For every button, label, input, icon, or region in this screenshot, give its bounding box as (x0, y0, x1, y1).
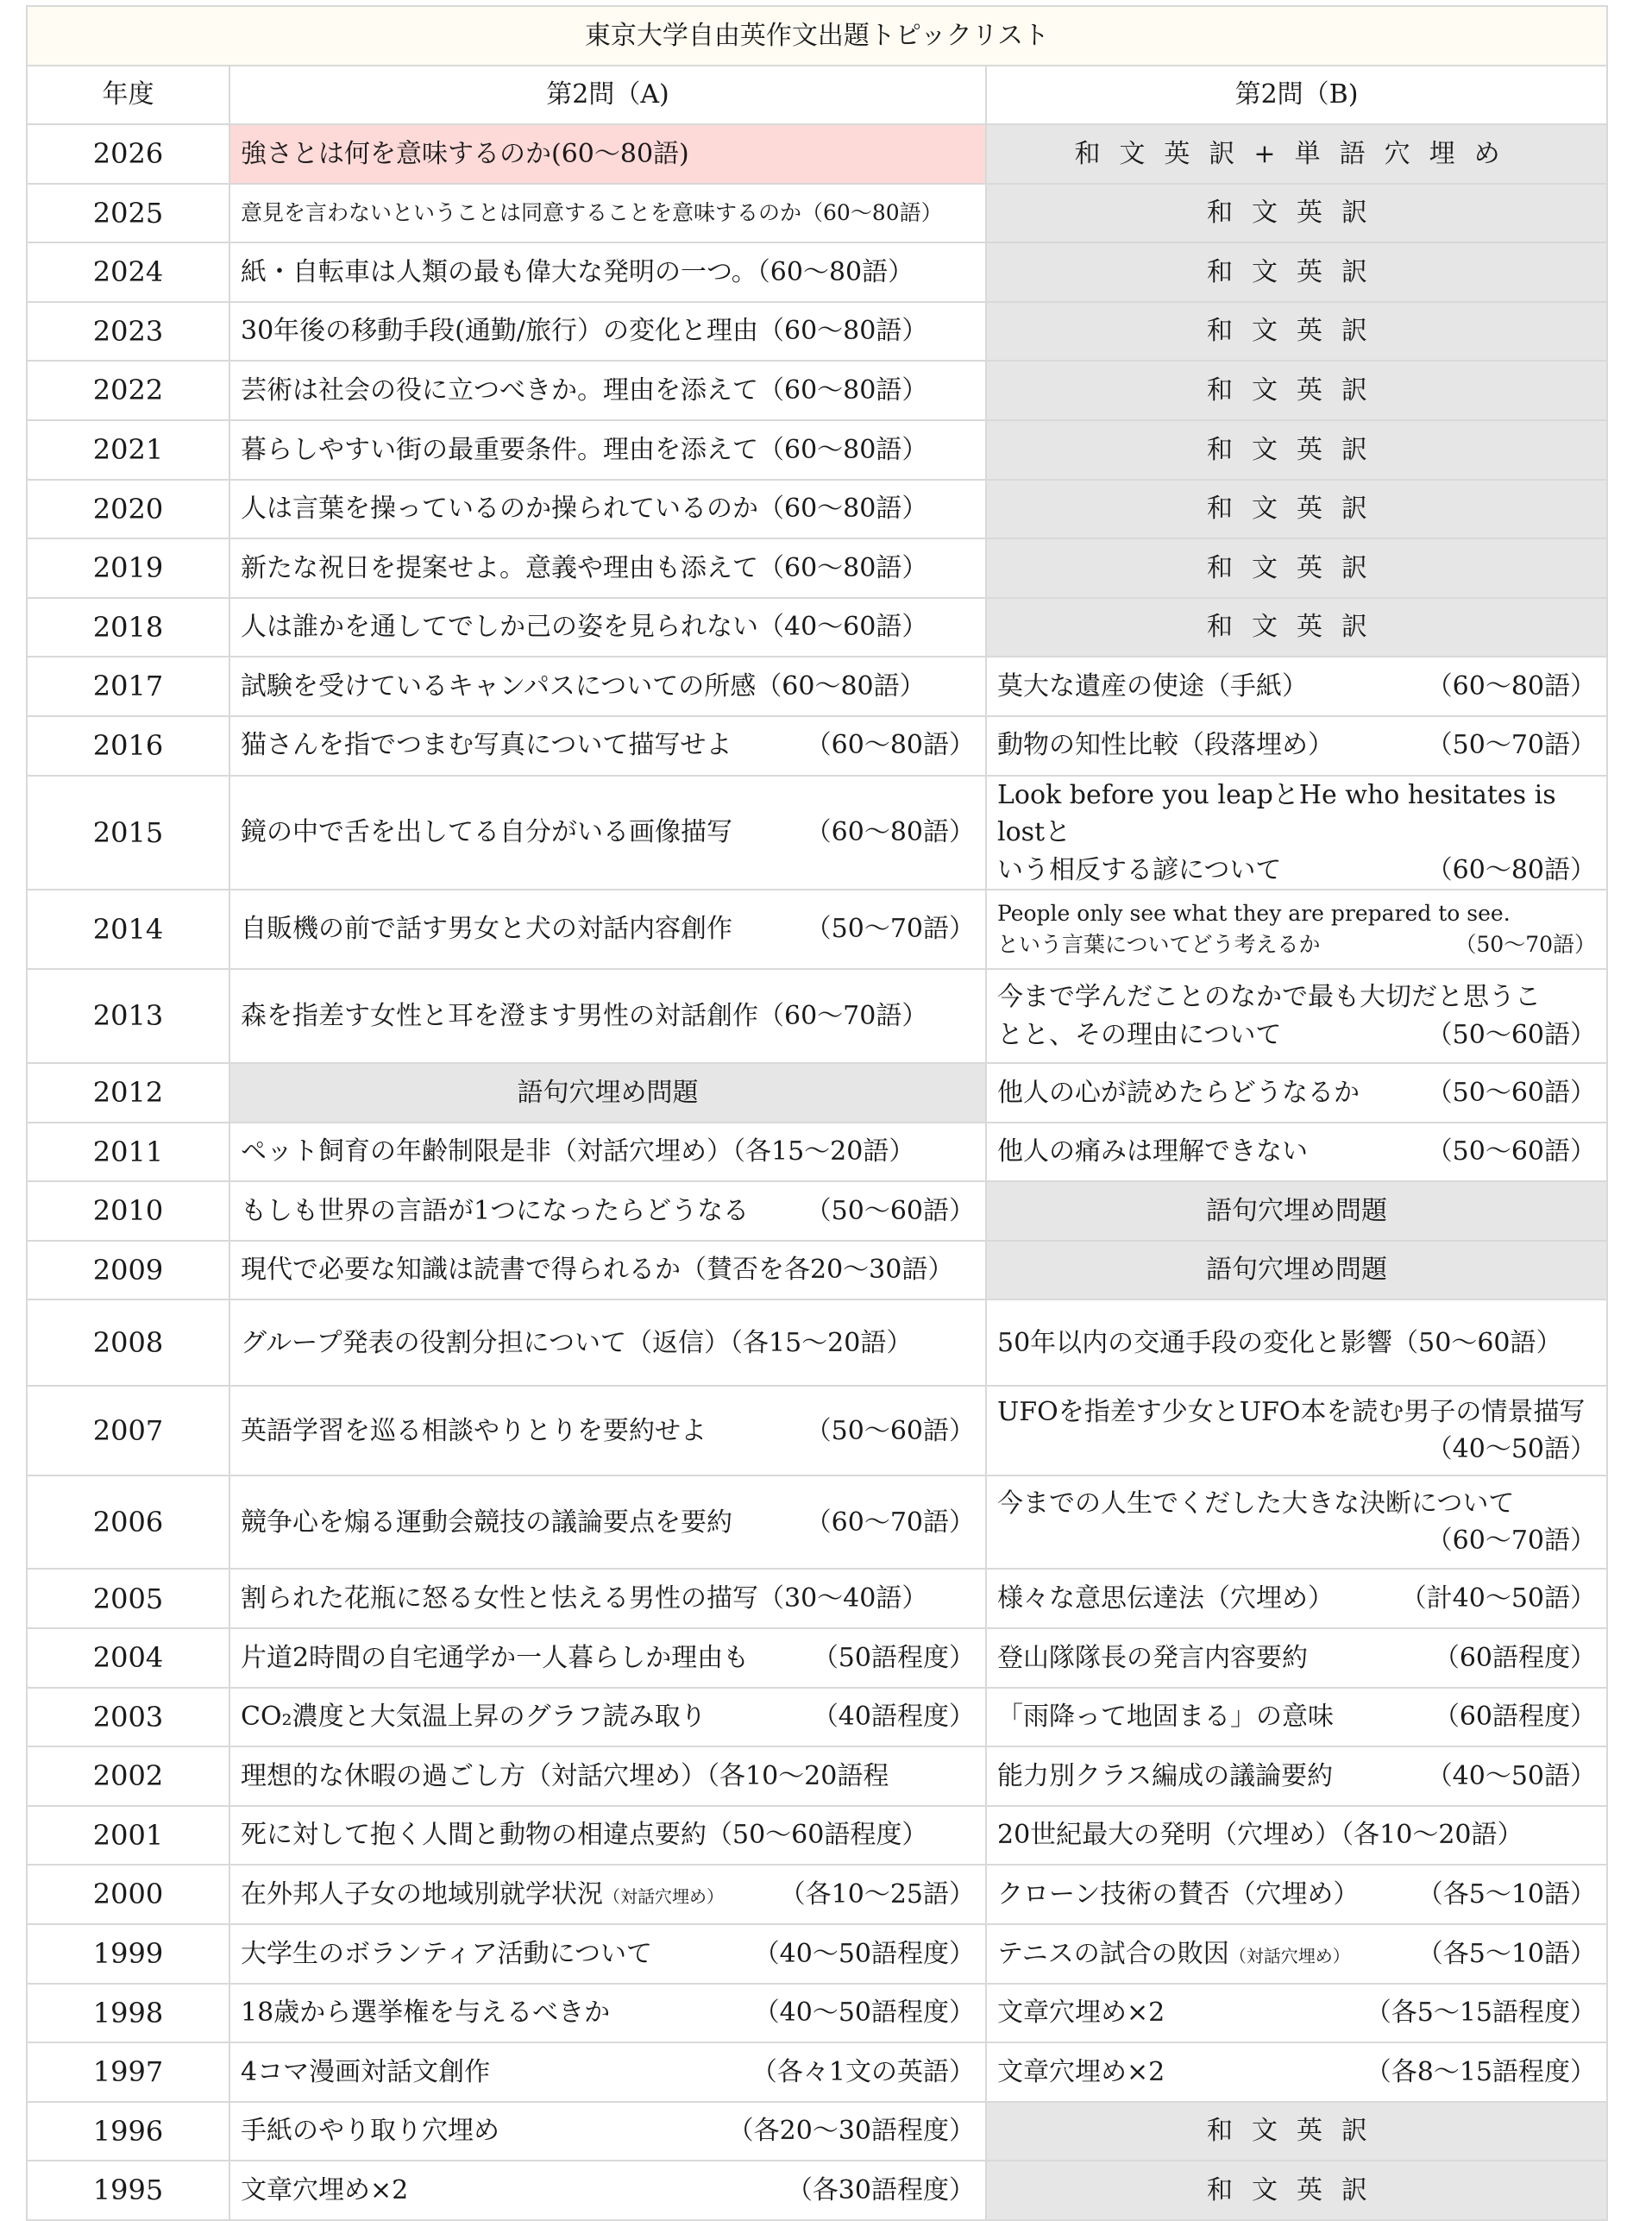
topic-b-cell: 今まで学んだことのなかで最も大切だと思うことと、その理由について（50〜60語） (986, 969, 1607, 1063)
topic-text: 紙・自転車は人類の最も偉大な発明の一つ。（60〜80語） (241, 257, 914, 287)
word-count: （各5〜15語程度） (1366, 1994, 1596, 2032)
topic-a-cell: 自販機の前で話す男女と犬の対話内容創作（50〜70語） (229, 890, 986, 969)
topic-text: 莫大な遺産の使途（手紙） (997, 671, 1308, 702)
topic-text: 今まで学んだことのなかで最も大切だと思うこ (997, 982, 1541, 1012)
year-cell: 2004 (27, 1628, 229, 1688)
word-count: （50〜70語） (1454, 929, 1596, 960)
topic-text: 和文英訳 (1207, 198, 1386, 228)
year-cell: 2014 (27, 890, 229, 969)
topic-b-cell: 能力別クラス編成の議論要約（40〜50語） (986, 1746, 1607, 1806)
topic-note: （対話穴埋め） (1229, 1946, 1350, 1966)
word-count: （50〜60語） (1427, 1133, 1596, 1171)
word-count: （50〜70語） (1427, 727, 1596, 764)
topic-text: 登山隊隊長の発言内容要約 (997, 1643, 1308, 1673)
table-row: 2008グループ発表の役割分担について（返信）（各15〜20語）50年以内の交通… (27, 1299, 1607, 1386)
topic-text: 芸術は社会の役に立つべきか。理由を添えて（60〜80語） (241, 375, 927, 406)
topic-text-line2: いう相反する諺について (997, 852, 1281, 890)
topic-text: 理想的な休暇の過ごし方（対話穴埋め）（各10〜20語程 (241, 1761, 889, 1791)
topic-a-cell: 鏡の中で舌を出してる自分がいる画像描写（60〜80語） (229, 776, 986, 890)
year-cell: 1999 (27, 1924, 229, 1984)
topic-text: 意見を言わないということは同意することを意味するのか（60〜80語） (241, 200, 943, 225)
year-cell: 2019 (27, 538, 229, 598)
word-count: （各10〜25語） (780, 1876, 975, 1914)
topic-text: 手紙のやり取り穴埋め (241, 2116, 499, 2146)
topic-text: 語句穴埋め問題 (1206, 1196, 1387, 1226)
topic-b-cell: 語句穴埋め問題 (986, 1181, 1607, 1241)
topic-a-cell: 芸術は社会の役に立つべきか。理由を添えて（60〜80語） (229, 361, 986, 420)
table-row: 2000在外邦人子女の地域別就学状況（対話穴埋め）（各10〜25語）クローン技術… (27, 1865, 1607, 1924)
topic-b-cell: 和文英訳 (986, 480, 1607, 539)
topic-a-cell: 死に対して抱く人間と動物の相違点要約（50〜60語程度） (229, 1806, 986, 1866)
topic-text: 森を指差す女性と耳を澄ます男性の対話創作（60〜70語） (241, 1001, 927, 1031)
topic-a-cell: 人は誰かを通してでしか己の姿を見られない（40〜60語） (229, 598, 986, 657)
topic-text: 18歳から選挙権を与えるべきか (241, 1998, 610, 2028)
table-row: 2002理想的な休暇の過ごし方（対話穴埋め）（各10〜20語程能力別クラス編成の… (27, 1746, 1607, 1806)
topic-a-cell: 割られた花瓶に怒る女性と怯える男性の描写（30〜40語） (229, 1569, 986, 1628)
topic-text: 強さとは何を意味するのか(60〜80語) (241, 139, 689, 169)
year-cell: 2011 (27, 1123, 229, 1182)
table-row: 2025意見を言わないということは同意することを意味するのか（60〜80語）和文… (27, 184, 1607, 243)
topic-a-cell: 4コマ漫画対話文創作（各々1文の英語） (229, 2042, 986, 2102)
topic-b-cell: 語句穴埋め問題 (986, 1241, 1607, 1300)
table-row: 2014自販機の前で話す男女と犬の対話内容創作（50〜70語）People on… (27, 890, 1607, 969)
topic-text: Look before you leapとHe who hesitates is… (997, 780, 1556, 848)
topic-text: 現代で必要な知識は読書で得られるか（賛否を各20〜30語） (241, 1255, 953, 1285)
topic-a-cell: 30年後の移動手段(通勤/旅行）の変化と理由（60〜80語） (229, 302, 986, 362)
year-cell: 2003 (27, 1688, 229, 1747)
topic-b-cell: 莫大な遺産の使途（手紙）（60〜80語） (986, 657, 1607, 716)
word-count: （40語程度） (813, 1698, 975, 1736)
topic-b-cell: 今までの人生でくだした大きな決断について（60〜70語） (986, 1475, 1607, 1569)
table-row: 2015鏡の中で舌を出してる自分がいる画像描写（60〜80語）Look befo… (27, 776, 1607, 890)
year-cell: 2002 (27, 1746, 229, 1806)
topic-a-cell: 新たな祝日を提案せよ。意義や理由も添えて（60〜80語） (229, 538, 986, 598)
topic-text: 大学生のボランティア活動について (241, 1939, 652, 1969)
word-count: （各8〜15語程度） (1366, 2054, 1596, 2092)
word-count: （50〜60語） (1427, 1074, 1596, 1112)
year-cell: 2026 (27, 124, 229, 184)
topic-a-cell: 片道2時間の自宅通学か一人暮らしか理由も（50語程度） (229, 1628, 986, 1688)
year-cell: 1995 (27, 2161, 229, 2220)
topic-text: 50年以内の交通手段の変化と影響（50〜60語） (997, 1328, 1562, 1358)
topic-b-cell: 和文英訳 (986, 538, 1607, 598)
year-cell: 2005 (27, 1569, 229, 1628)
year-cell: 2016 (27, 716, 229, 776)
topic-b-cell: 和文英訳 (986, 361, 1607, 420)
year-cell: 2024 (27, 242, 229, 302)
topic-text: 和文英訳 (1207, 316, 1386, 346)
topic-a-cell: 大学生のボランティア活動について（40〜50語程度） (229, 1924, 986, 1984)
table-row: 2013森を指差す女性と耳を澄ます男性の対話創作（60〜70語）今まで学んだこと… (27, 969, 1607, 1063)
topic-b-cell: 他人の心が読めたらどうなるか（50〜60語） (986, 1063, 1607, 1123)
topic-text: 和文英訳 (1207, 2116, 1386, 2146)
topic-a-cell: 競争心を煽る運動会競技の議論要点を要約（60〜70語） (229, 1475, 986, 1569)
word-count: （50〜70語） (806, 910, 975, 948)
year-cell: 1997 (27, 2042, 229, 2102)
word-count: （50〜60語） (806, 1192, 975, 1230)
word-count: （各20〜30語程度） (728, 2112, 975, 2150)
header-row: 年度 第2問（A) 第2問（B) (27, 66, 1607, 124)
topic-text: 在外邦人子女の地域別就学状況 (241, 1879, 603, 1910)
table-row: 2021暮らしやすい街の最重要条件。理由を添えて（60〜80語）和文英訳 (27, 420, 1607, 480)
topic-text: 30年後の移動手段(通勤/旅行）の変化と理由（60〜80語） (241, 316, 927, 346)
word-count: （60〜80語） (806, 727, 975, 764)
year-cell: 2022 (27, 361, 229, 420)
table-row: 2016猫さんを指でつまむ写真について描写せよ（60〜80語）動物の知性比較（段… (27, 716, 1607, 776)
topic-text: People only see what they are prepared t… (997, 901, 1511, 926)
year-cell: 2017 (27, 657, 229, 716)
topic-b-cell: 和文英訳 (986, 2161, 1607, 2220)
year-cell: 2012 (27, 1063, 229, 1123)
table-row: 2012語句穴埋め問題他人の心が読めたらどうなるか（50〜60語） (27, 1063, 1607, 1123)
topic-text: 和文英訳 (1207, 553, 1386, 583)
topic-a-cell: 森を指差す女性と耳を澄ます男性の対話創作（60〜70語） (229, 969, 986, 1063)
word-count: （40〜50語程度） (754, 1994, 975, 2032)
word-count: （50語程度） (813, 1639, 975, 1677)
topic-text: 他人の心が読めたらどうなるか (997, 1078, 1360, 1108)
table-row: 2017試験を受けているキャンパスについての所感（60〜80語）莫大な遺産の使途… (27, 657, 1607, 716)
word-count: （60〜80語） (1427, 852, 1596, 890)
table-row: 1995文章穴埋め×2（各30語程度）和文英訳 (27, 2161, 1607, 2220)
topic-text: 4コマ漫画対話文創作 (241, 2057, 490, 2087)
topic-text: 割られた花瓶に怒る女性と怯える男性の描写（30〜40語） (241, 1583, 927, 1614)
topic-a-cell: 在外邦人子女の地域別就学状況（対話穴埋め）（各10〜25語） (229, 1865, 986, 1924)
year-cell: 2018 (27, 598, 229, 657)
word-count: （計40〜50語） (1401, 1580, 1596, 1618)
word-count: （各々1文の英語） (751, 2054, 975, 2092)
topic-text: テニスの試合の敗因 (997, 1939, 1229, 1969)
topic-b-cell: 様々な意思伝達法（穴埋め）（計40〜50語） (986, 1569, 1607, 1628)
table-row: 2006競争心を煽る運動会競技の議論要点を要約（60〜70語）今までの人生でくだ… (27, 1475, 1607, 1569)
year-cell: 2021 (27, 420, 229, 480)
word-count: （60語程度） (1434, 1639, 1596, 1677)
topic-text: 和文英訳 (1207, 375, 1386, 406)
word-count: （50〜60語） (1427, 1016, 1596, 1054)
topic-text: 英語学習を巡る相談やりとりを要約せよ (241, 1416, 707, 1446)
year-cell: 2007 (27, 1386, 229, 1475)
topic-a-cell: 語句穴埋め問題 (229, 1063, 986, 1123)
table-row: 1999大学生のボランティア活動について（40〜50語程度）テニスの試合の敗因（… (27, 1924, 1607, 1984)
topic-a-cell: 人は言葉を操っているのか操られているのか（60〜80語） (229, 480, 986, 539)
topic-a-cell: 猫さんを指でつまむ写真について描写せよ（60〜80語） (229, 716, 986, 776)
topic-text: 暮らしやすい街の最重要条件。理由を添えて（60〜80語） (241, 435, 927, 465)
topic-text: 文章穴埋め×2 (997, 2057, 1165, 2087)
topic-text: 和文英訳 (1207, 612, 1386, 642)
topic-a-cell: グループ発表の役割分担について（返信）（各15〜20語） (229, 1299, 986, 1386)
topic-b-cell: 登山隊隊長の発言内容要約（60語程度） (986, 1628, 1607, 1688)
topic-b-cell: テニスの試合の敗因（対話穴埋め）（各5〜10語） (986, 1924, 1607, 1984)
word-count: （40〜50語） (1427, 1434, 1596, 1464)
topic-text-line2: という言葉についてどう考えるか (997, 929, 1321, 960)
table-row: 2018人は誰かを通してでしか己の姿を見られない（40〜60語）和文英訳 (27, 598, 1607, 657)
table-row: 2007英語学習を巡る相談やりとりを要約せよ（50〜60語）UFOを指差す少女と… (27, 1386, 1607, 1475)
year-cell: 2008 (27, 1299, 229, 1386)
topic-a-cell: CO₂濃度と大気温上昇のグラフ読み取り（40語程度） (229, 1688, 986, 1747)
topic-text: 能力別クラス編成の議論要約 (997, 1761, 1333, 1791)
table-row: 199818歳から選挙権を与えるべきか（40〜50語程度）文章穴埋め×2（各5〜… (27, 1984, 1607, 2043)
word-count: （40〜50語） (1427, 1758, 1596, 1796)
table-row: 2005割られた花瓶に怒る女性と怯える男性の描写（30〜40語）様々な意思伝達法… (27, 1569, 1607, 1628)
word-count: （50〜60語） (806, 1413, 975, 1450)
topic-a-cell: 文章穴埋め×2（各30語程度） (229, 2161, 986, 2220)
topic-text: 自販機の前で話す男女と犬の対話内容創作 (241, 914, 732, 944)
topic-text: クローン技術の賛否（穴埋め） (997, 1879, 1359, 1910)
year-cell: 2015 (27, 776, 229, 890)
year-cell: 2000 (27, 1865, 229, 1924)
topic-text: 和文英訳 (1207, 2175, 1386, 2205)
year-cell: 2025 (27, 184, 229, 243)
topic-b-cell: UFOを指差す少女とUFO本を読む男子の情景描写（40〜50語） (986, 1386, 1607, 1475)
topic-a-cell: 強さとは何を意味するのか(60〜80語) (229, 124, 986, 184)
topic-a-cell: 試験を受けているキャンパスについての所感（60〜80語） (229, 657, 986, 716)
topic-b-cell: 和文英訳+単語穴埋め (986, 124, 1607, 184)
table-row: 2009現代で必要な知識は読書で得られるか（賛否を各20〜30語）語句穴埋め問題 (27, 1241, 1607, 1300)
table-row: 2024紙・自転車は人類の最も偉大な発明の一つ。（60〜80語）和文英訳 (27, 242, 1607, 302)
topic-text: 文章穴埋め×2 (997, 1998, 1165, 2028)
table-row: 19974コマ漫画対話文創作（各々1文の英語）文章穴埋め×2（各8〜15語程度） (27, 2042, 1607, 2102)
word-count: （各5〜10語） (1417, 1876, 1596, 1914)
topic-text: 新たな祝日を提案せよ。意義や理由も添えて（60〜80語） (241, 553, 927, 583)
topic-a-cell: 意見を言わないということは同意することを意味するのか（60〜80語） (229, 184, 986, 243)
word-count: （各30語程度） (787, 2172, 975, 2210)
year-cell: 2009 (27, 1241, 229, 1300)
topic-text: グループ発表の役割分担について（返信）（各15〜20語） (241, 1328, 912, 1358)
topic-b-cell: 動物の知性比較（段落埋め）（50〜70語） (986, 716, 1607, 776)
topic-text: CO₂濃度と大気温上昇のグラフ読み取り (241, 1702, 707, 1732)
topic-a-cell: ペット飼育の年齢制限是非（対話穴埋め）（各15〜20語） (229, 1123, 986, 1182)
topic-b-cell: クローン技術の賛否（穴埋め）（各5〜10語） (986, 1865, 1607, 1924)
topic-text: 和文英訳 (1207, 435, 1386, 465)
table-row: 2020人は言葉を操っているのか操られているのか（60〜80語）和文英訳 (27, 480, 1607, 539)
word-count: （60語程度） (1434, 1698, 1596, 1736)
topic-b-cell: 「雨降って地固まる」の意味（60語程度） (986, 1688, 1607, 1747)
topic-text: 試験を受けているキャンパスについての所感（60〜80語） (241, 671, 926, 702)
year-cell: 1998 (27, 1984, 229, 2043)
topic-text: 人は誰かを通してでしか己の姿を見られない（40〜60語） (241, 612, 927, 642)
topic-text: 和文英訳+単語穴埋め (1074, 139, 1518, 169)
table-row: 2010もしも世界の言語が1つになったらどうなる（50〜60語）語句穴埋め問題 (27, 1181, 1607, 1241)
year-cell: 2013 (27, 969, 229, 1063)
topic-b-cell: 20世紀最大の発明（穴埋め）（各10〜20語） (986, 1806, 1607, 1866)
topic-text: 死に対して抱く人間と動物の相違点要約（50〜60語程度） (241, 1820, 927, 1850)
topic-text-line2: とと、その理由について (997, 1016, 1281, 1054)
topic-a-cell: もしも世界の言語が1つになったらどうなる（50〜60語） (229, 1181, 986, 1241)
topic-b-cell: 和文英訳 (986, 242, 1607, 302)
word-count: （40〜50語程度） (754, 1935, 975, 1973)
table-row: 2022芸術は社会の役に立つべきか。理由を添えて（60〜80語）和文英訳 (27, 361, 1607, 420)
topic-text: 語句穴埋め問題 (1206, 1255, 1387, 1285)
topic-text: ペット飼育の年齢制限是非（対話穴埋め）（各15〜20語） (241, 1136, 914, 1167)
topic-note: （対話穴埋め） (603, 1886, 724, 1907)
year-cell: 1996 (27, 2102, 229, 2161)
topic-text: 20世紀最大の発明（穴埋め）（各10〜20語） (997, 1820, 1523, 1850)
topic-text: 人は言葉を操っているのか操られているのか（60〜80語） (241, 494, 927, 524)
topic-a-cell: 18歳から選挙権を与えるべきか（40〜50語程度） (229, 1984, 986, 2043)
table-row: 2026強さとは何を意味するのか(60〜80語)和文英訳+単語穴埋め (27, 124, 1607, 184)
year-cell: 2006 (27, 1475, 229, 1569)
topic-text: 和文英訳 (1207, 257, 1386, 287)
topic-b-cell: 50年以内の交通手段の変化と影響（50〜60語） (986, 1299, 1607, 1386)
topic-text: 様々な意思伝達法（穴埋め） (997, 1583, 1334, 1614)
topic-text: 語句穴埋め問題 (518, 1078, 699, 1108)
topic-b-cell: Look before you leapとHe who hesitates is… (986, 776, 1607, 890)
header-col-a: 第2問（A) (229, 66, 986, 124)
topic-b-cell: 和文英訳 (986, 2102, 1607, 2161)
topic-a-cell: 暮らしやすい街の最重要条件。理由を添えて（60〜80語） (229, 420, 986, 480)
topic-b-cell: 文章穴埋め×2（各8〜15語程度） (986, 2042, 1607, 2102)
table-row: 202330年後の移動手段(通勤/旅行）の変化と理由（60〜80語）和文英訳 (27, 302, 1607, 362)
topic-b-cell: 和文英訳 (986, 420, 1607, 480)
table-row: 2019新たな祝日を提案せよ。意義や理由も添えて（60〜80語）和文英訳 (27, 538, 1607, 598)
year-cell: 2020 (27, 480, 229, 539)
table-row: 2011ペット飼育の年齢制限是非（対話穴埋め）（各15〜20語）他人の痛みは理解… (27, 1123, 1607, 1182)
year-cell: 2001 (27, 1806, 229, 1866)
table-row: 2003CO₂濃度と大気温上昇のグラフ読み取り（40語程度）「雨降って地固まる」… (27, 1688, 1607, 1747)
header-col-b: 第2問（B) (986, 66, 1607, 124)
topic-b-cell: People only see what they are prepared t… (986, 890, 1607, 969)
topic-a-cell: 紙・自転車は人類の最も偉大な発明の一つ。（60〜80語） (229, 242, 986, 302)
topic-a-cell: 現代で必要な知識は読書で得られるか（賛否を各20〜30語） (229, 1241, 986, 1300)
table-row: 1996手紙のやり取り穴埋め（各20〜30語程度）和文英訳 (27, 2102, 1607, 2161)
table-row: 2004片道2時間の自宅通学か一人暮らしか理由も（50語程度）登山隊隊長の発言内… (27, 1628, 1607, 1688)
topic-text: 鏡の中で舌を出してる自分がいる画像描写 (241, 817, 732, 847)
table-row: 2001死に対して抱く人間と動物の相違点要約（50〜60語程度）20世紀最大の発… (27, 1806, 1607, 1866)
topic-text: UFOを指差す少女とUFO本を読む男子の情景描写 (997, 1397, 1585, 1427)
topic-text: もしも世界の言語が1つになったらどうなる (241, 1196, 749, 1226)
topic-table: 東京大学自由英作文出題トピックリスト 年度 第2問（A) 第2問（B) 2026… (26, 5, 1608, 2221)
word-count: （60〜70語） (1427, 1526, 1596, 1556)
year-cell: 2010 (27, 1181, 229, 1241)
topic-text: 今までの人生でくだした大きな決断について (997, 1488, 1514, 1519)
topic-a-cell: 理想的な休暇の過ごし方（対話穴埋め）（各10〜20語程 (229, 1746, 986, 1806)
table-title: 東京大学自由英作文出題トピックリスト (27, 6, 1607, 66)
topic-b-cell: 和文英訳 (986, 302, 1607, 362)
header-year: 年度 (27, 66, 229, 124)
topic-b-cell: 文章穴埋め×2（各5〜15語程度） (986, 1984, 1607, 2043)
word-count: （60〜80語） (806, 814, 975, 852)
topic-text: 「雨降って地固まる」の意味 (997, 1702, 1334, 1732)
topic-text: 競争心を煽る運動会競技の議論要点を要約 (241, 1507, 732, 1538)
word-count: （各5〜10語） (1417, 1935, 1596, 1973)
topic-b-cell: 和文英訳 (986, 184, 1607, 243)
year-cell: 2023 (27, 302, 229, 362)
topic-text: 動物の知性比較（段落埋め） (997, 730, 1334, 760)
topic-a-cell: 手紙のやり取り穴埋め（各20〜30語程度） (229, 2102, 986, 2161)
topic-text: 文章穴埋め×2 (241, 2175, 408, 2205)
topic-text: 片道2時間の自宅通学か一人暮らしか理由も (241, 1643, 749, 1673)
topic-text: 他人の痛みは理解できない (997, 1136, 1308, 1167)
topic-b-cell: 和文英訳 (986, 598, 1607, 657)
topic-b-cell: 他人の痛みは理解できない（50〜60語） (986, 1123, 1607, 1182)
topic-a-cell: 英語学習を巡る相談やりとりを要約せよ（50〜60語） (229, 1386, 986, 1475)
word-count: （60〜80語） (1427, 668, 1596, 706)
word-count: （60〜70語） (806, 1504, 975, 1542)
topic-text: 猫さんを指でつまむ写真について描写せよ (241, 730, 732, 760)
topic-text: 和文英訳 (1207, 494, 1386, 524)
